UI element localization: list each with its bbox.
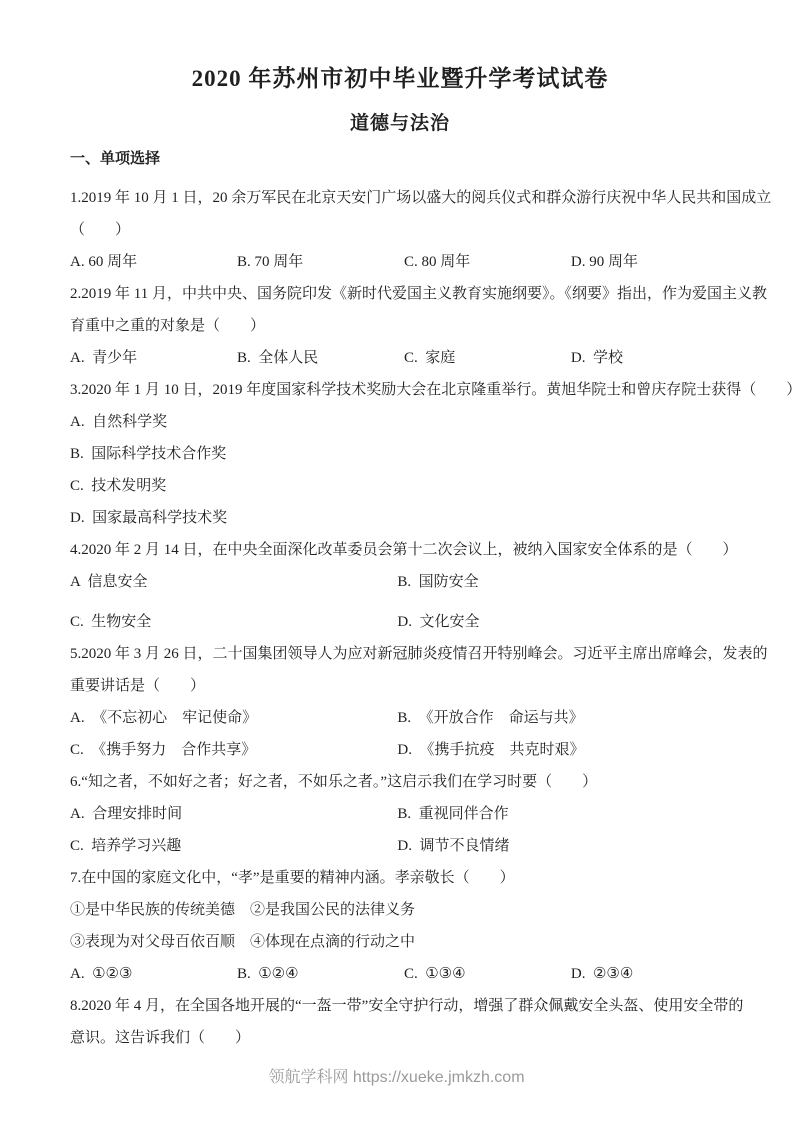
option-c: C. 技术发明奖 (70, 470, 730, 502)
question-1: 1.2019 年 10 月 1 日，20 余万军民在北京天安门广场以盛大的阅兵仪… (70, 182, 730, 278)
options-row: C. 培养学习兴趣 D. 调节不良情绪 (70, 830, 730, 862)
document-body: 2020 年苏州市初中毕业暨升学考试试卷 道德与法治 一、单项选择 1.2019… (0, 0, 793, 1054)
exam-paper-page: 2020 年苏州市初中毕业暨升学考试试卷 道德与法治 一、单项选择 1.2019… (0, 0, 793, 1122)
question-stem-line: 2.2019 年 11 月，中共中央、国务院印发《新时代爱国主义教育实施纲要》。… (70, 278, 730, 310)
question-stem-line: 1.2019 年 10 月 1 日，20 余万军民在北京天安门广场以盛大的阅兵仪… (70, 182, 730, 214)
section-heading: 一、单项选择 (70, 148, 730, 170)
question-stem-line: 8.2020 年 4 月，在全国各地开展的“一盔一带”安全守护行动，增强了群众佩… (70, 990, 730, 1022)
option-d: D. 《携手抗疫 共克时艰》 (397, 734, 730, 766)
option-d: D. ②③④ (571, 958, 730, 990)
option-b: B. 全体人民 (237, 342, 404, 374)
question-statement-line: ①是中华民族的传统美德 ②是我国公民的法律义务 (70, 894, 730, 926)
watermark-footer: 领航学科网 https://xueke.jmkzh.com (0, 1066, 793, 1090)
question-6: 6.“知之者，不如好之者；好之者，不如乐之者。”这启示我们在学习时要（ ） A.… (70, 766, 730, 862)
option-d: D. 调节不良情绪 (397, 830, 730, 862)
option-c: C. ①③④ (404, 958, 571, 990)
option-d: D. 90 周年 (571, 246, 730, 278)
question-stem-line: 6.“知之者，不如好之者；好之者，不如乐之者。”这启示我们在学习时要（ ） (70, 766, 730, 798)
question-stem-line: 7.在中国的家庭文化中，“孝”是重要的精神内涵。孝亲敬长（ ） (70, 862, 730, 894)
question-stem-line: 重要讲话是（ ） (70, 670, 730, 702)
options-row: C. 《携手努力 合作共享》 D. 《携手抗疫 共克时艰》 (70, 734, 730, 766)
scan-artifact: · (79, 615, 82, 624)
question-stem-line: 育重中之重的对象是（ ） (70, 310, 730, 342)
option-b: B. 70 周年 (237, 246, 404, 278)
question-stem-line: 意识。这告诉我们（ ） (70, 1022, 730, 1054)
option-a: A. 《不忘初心 牢记使命》 (70, 702, 397, 734)
options-row: A. ①②③ B. ①②④ C. ①③④ D. ②③④ (70, 958, 730, 990)
option-c: C. 培养学习兴趣 (70, 830, 397, 862)
question-stem-line: 4.2020 年 2 月 14 日，在中央全面深化改革委员会第十二次会议上，被纳… (70, 534, 730, 566)
option-d: D. 学校 (571, 342, 730, 374)
question-7: 7.在中国的家庭文化中，“孝”是重要的精神内涵。孝亲敬长（ ） ①是中华民族的传… (70, 862, 730, 990)
option-b: B. 《开放合作 命运与共》 (397, 702, 730, 734)
option-a: A. 合理安排时间 (70, 798, 397, 830)
option-a: A. 青少年 (70, 342, 237, 374)
option-a: A. 60 周年 (70, 246, 237, 278)
option-c: C. 《携手努力 合作共享》 (70, 734, 397, 766)
option-d: D. 国家最高科学技术奖 (70, 502, 730, 534)
question-stem-line: 3.2020 年 1 月 10 日，2019 年度国家科学技术奖励大会在北京隆重… (70, 374, 730, 406)
options-row: A 信息安全 B. 国防安全 (70, 566, 730, 598)
option-b: B. ①②④ (237, 958, 404, 990)
option-a: A. ①②③ (70, 958, 237, 990)
options-row: A. 60 周年 B. 70 周年 C. 80 周年 D. 90 周年 (70, 246, 730, 278)
question-answer-bracket: （ ） (70, 214, 730, 246)
option-b: B. 国防安全 (397, 566, 730, 598)
question-8: 8.2020 年 4 月，在全国各地开展的“一盔一带”安全守护行动，增强了群众佩… (70, 990, 730, 1054)
option-b: B. 重视同伴合作 (397, 798, 730, 830)
exam-title: 2020 年苏州市初中毕业暨升学考试试卷 (70, 64, 730, 94)
option-d: D. 文化安全 (397, 606, 730, 638)
option-b: B. 国际科学技术合作奖 (70, 438, 730, 470)
option-c: C. 80 周年 (404, 246, 571, 278)
options-row: A. 《不忘初心 牢记使命》 B. 《开放合作 命运与共》 (70, 702, 730, 734)
question-5: 5.2020 年 3 月 26 日，二十国集团领导人为应对新冠肺炎疫情召开特别峰… (70, 638, 730, 766)
options-row: A. 合理安排时间 B. 重视同伴合作 (70, 798, 730, 830)
option-a: A 信息安全 (70, 566, 397, 598)
options-row: A. 青少年 B. 全体人民 C. 家庭 D. 学校 (70, 342, 730, 374)
question-2: 2.2019 年 11 月，中共中央、国务院印发《新时代爱国主义教育实施纲要》。… (70, 278, 730, 374)
option-c: C. 家庭 (404, 342, 571, 374)
question-statement-line: ③表现为对父母百依百顺 ④体现在点滴的行动之中 (70, 926, 730, 958)
question-stem-line: 5.2020 年 3 月 26 日，二十国集团领导人为应对新冠肺炎疫情召开特别峰… (70, 638, 730, 670)
exam-subtitle: 道德与法治 (70, 110, 730, 138)
question-4: 4.2020 年 2 月 14 日，在中央全面深化改革委员会第十二次会议上，被纳… (70, 534, 730, 638)
option-c: C. 生物安全 (70, 606, 397, 638)
options-row: C. 生物安全 D. 文化安全 (70, 606, 730, 638)
question-3: 3.2020 年 1 月 10 日，2019 年度国家科学技术奖励大会在北京隆重… (70, 374, 730, 534)
option-a: A. 自然科学奖 (70, 406, 730, 438)
